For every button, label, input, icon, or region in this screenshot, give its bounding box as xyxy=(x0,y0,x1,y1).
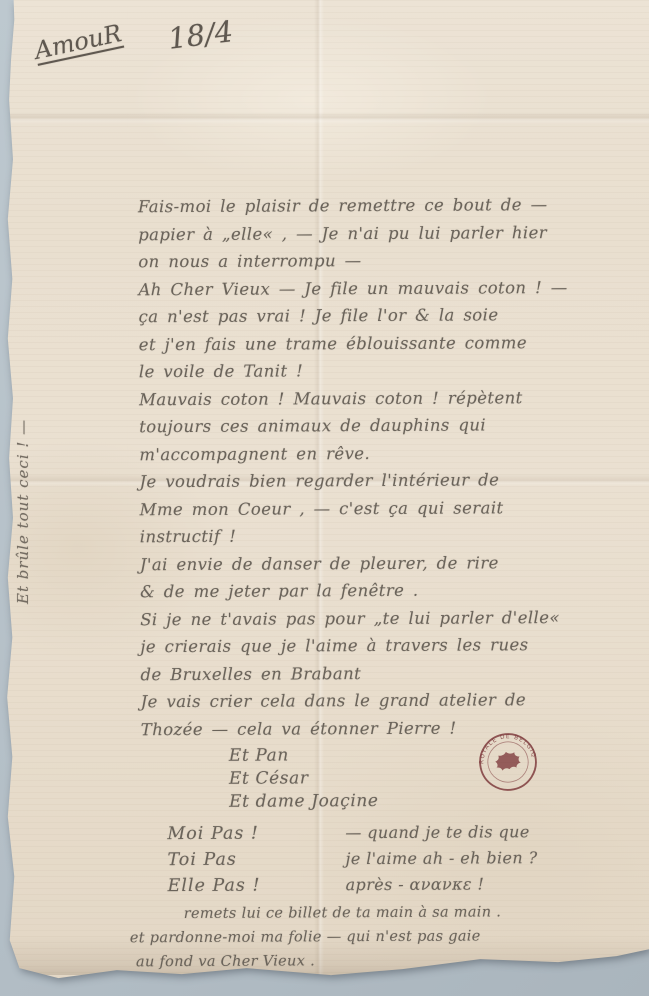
closing-line: remets lui ce billet de ta main à sa mai… xyxy=(184,900,612,926)
pas-left-column: Moi Pas ! Toi Pas Elle Pas ! xyxy=(167,820,317,899)
letter-line: Je vais crier cela dans le grand atelier… xyxy=(141,686,611,716)
letter-main-text: Fais-moi le plaisir de remettre ce bout … xyxy=(138,191,611,743)
letter-line: toujours ces animaux de dauphins qui xyxy=(139,411,609,441)
scanned-letter: AmouR 18/4 Et brûle tout ceci ! — Fais-m… xyxy=(0,0,649,996)
letter-paper: AmouR 18/4 Et brûle tout ceci ! — Fais-m… xyxy=(0,0,649,996)
letter-line: Mme mon Coeur , — c'est ça qui serait xyxy=(140,493,610,523)
letter-line: & de me jeter par la fenêtre . xyxy=(140,576,610,606)
letter-line: Thozée — cela va étonner Pierre ! xyxy=(141,713,611,743)
letter-line: papier à „elle« , — Je n'ai pu lui parle… xyxy=(138,218,608,248)
pas-line: Toi Pas xyxy=(167,846,317,873)
pas-line: Moi Pas ! xyxy=(167,820,317,847)
date-annotation: 18/4 xyxy=(166,14,235,56)
letter-line: le voile de Tanit ! xyxy=(139,356,609,386)
letter-line: ça n'est pas vrai ! Je file l'or & la so… xyxy=(139,301,609,331)
closing-line: et pardonne-moi ma folie — qui n'est pas… xyxy=(130,924,612,951)
pencil-annotation: AmouR xyxy=(32,19,124,65)
letter-line: J'ai envie de danser de pleurer, de rire xyxy=(140,548,610,578)
margin-note-vertical: Et brûle tout ceci ! — xyxy=(14,312,32,604)
refrain-line: Et dame Joaçine xyxy=(229,789,611,814)
stamp-eagle-emblem xyxy=(494,749,522,771)
pas-right-column: — quand je te dis que je l'aime ah - eh … xyxy=(345,819,537,898)
pas-columns: Moi Pas ! Toi Pas Elle Pas ! — quand je … xyxy=(141,819,611,899)
closing-line: au fond va Cher Vieux . xyxy=(136,948,612,974)
letter-line: m'accompagnent en rêve. xyxy=(139,438,609,468)
aside-line: — quand je te dis que xyxy=(345,819,537,846)
letter-line: Je voudrais bien regarder l'intérieur de xyxy=(139,466,609,496)
aside-line: je l'aime ah - eh bien ? xyxy=(345,845,537,872)
library-stamp-icon: ROYALE DE BELGIQUE xyxy=(471,723,545,800)
letter-line: Fais-moi le plaisir de remettre ce bout … xyxy=(138,191,608,221)
letter-line: instructif ! xyxy=(140,521,610,551)
letter-line: de Bruxelles en Brabant xyxy=(140,658,610,688)
aside-line: après - ανανκε ! xyxy=(346,871,538,898)
letter-line: et j'en fais une trame éblouissante comm… xyxy=(139,328,609,358)
refrain-line: Et César xyxy=(229,766,611,791)
letter-line: Mauvais coton ! Mauvais coton ! répètent xyxy=(139,383,609,413)
pas-line: Elle Pas ! xyxy=(168,872,318,899)
refrain-list: Et Pan Et César Et dame Joaçine xyxy=(229,743,611,814)
fold-crease-top xyxy=(0,112,649,124)
closing-lines: remets lui ce billet de ta main à sa mai… xyxy=(142,900,612,974)
letter-line: je crierais que je l'aime à travers les … xyxy=(140,631,610,661)
refrain-line: Et Pan xyxy=(229,743,611,768)
paper-shadow: AmouR 18/4 Et brûle tout ceci ! — Fais-m… xyxy=(0,0,649,996)
letter-body: Fais-moi le plaisir de remettre ce bout … xyxy=(138,191,612,974)
letter-line: Si je ne t'avais pas pour „te lui parler… xyxy=(140,603,610,633)
letter-line: on nous a interrompu — xyxy=(138,246,608,276)
letter-line: Ah Cher Vieux — Je file un mauvais coton… xyxy=(138,273,608,303)
